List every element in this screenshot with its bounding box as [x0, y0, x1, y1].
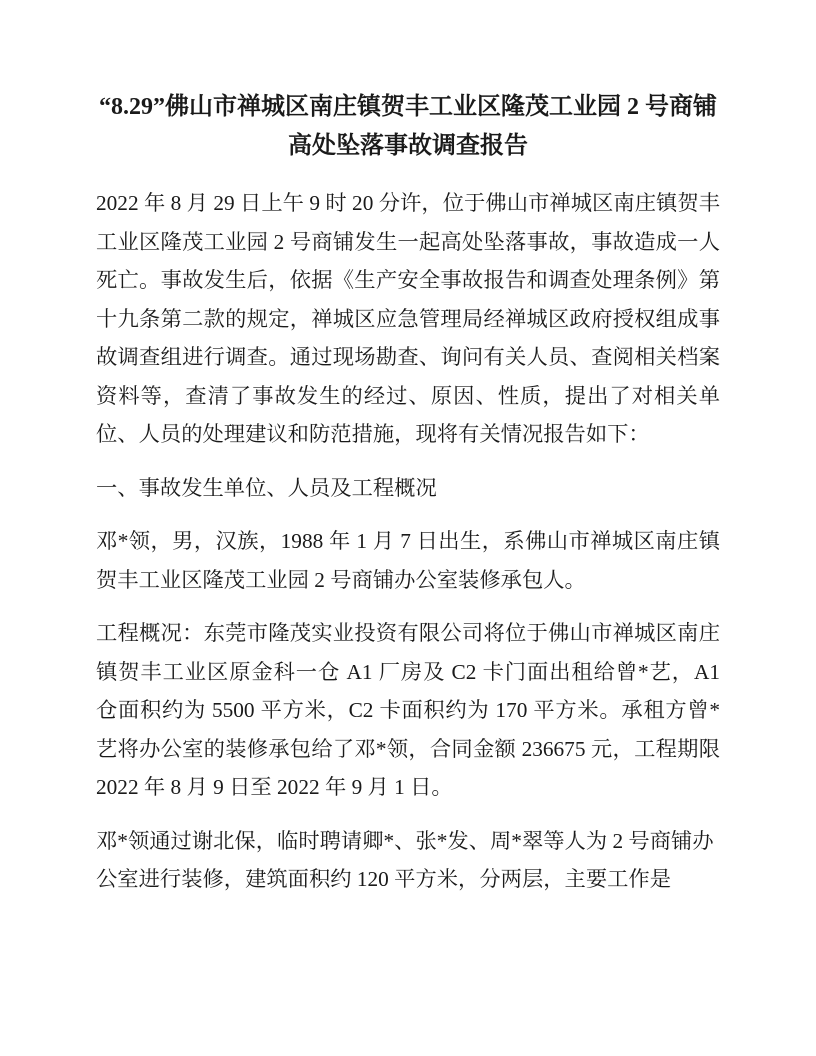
intro-paragraph: 2022 年 8 月 29 日上午 9 时 20 分许，位于佛山市禅城区南庄镇贺… [96, 184, 720, 454]
document-page: “8.29”佛山市禅城区南庄镇贺丰工业区隆茂工业园 2 号商铺高处坠落事故调查报… [0, 0, 816, 1056]
section-heading-overview: 一、事故发生单位、人员及工程概况 [96, 469, 720, 508]
contractor-info-paragraph: 邓*领，男，汉族，1988 年 1 月 7 日出生，系佛山市禅城区南庄镇贺丰工业… [96, 522, 720, 599]
hiring-paragraph: 邓*领通过谢北保，临时聘请卿*、张*发、周*翠等人为 2 号商铺办公室进行装修，… [96, 822, 720, 899]
project-overview-paragraph: 工程概况：东莞市隆茂实业投资有限公司将位于佛山市禅城区南庄镇贺丰工业区原金科一仓… [96, 614, 720, 807]
document-title: “8.29”佛山市禅城区南庄镇贺丰工业区隆茂工业园 2 号商铺高处坠落事故调查报… [96, 88, 720, 166]
